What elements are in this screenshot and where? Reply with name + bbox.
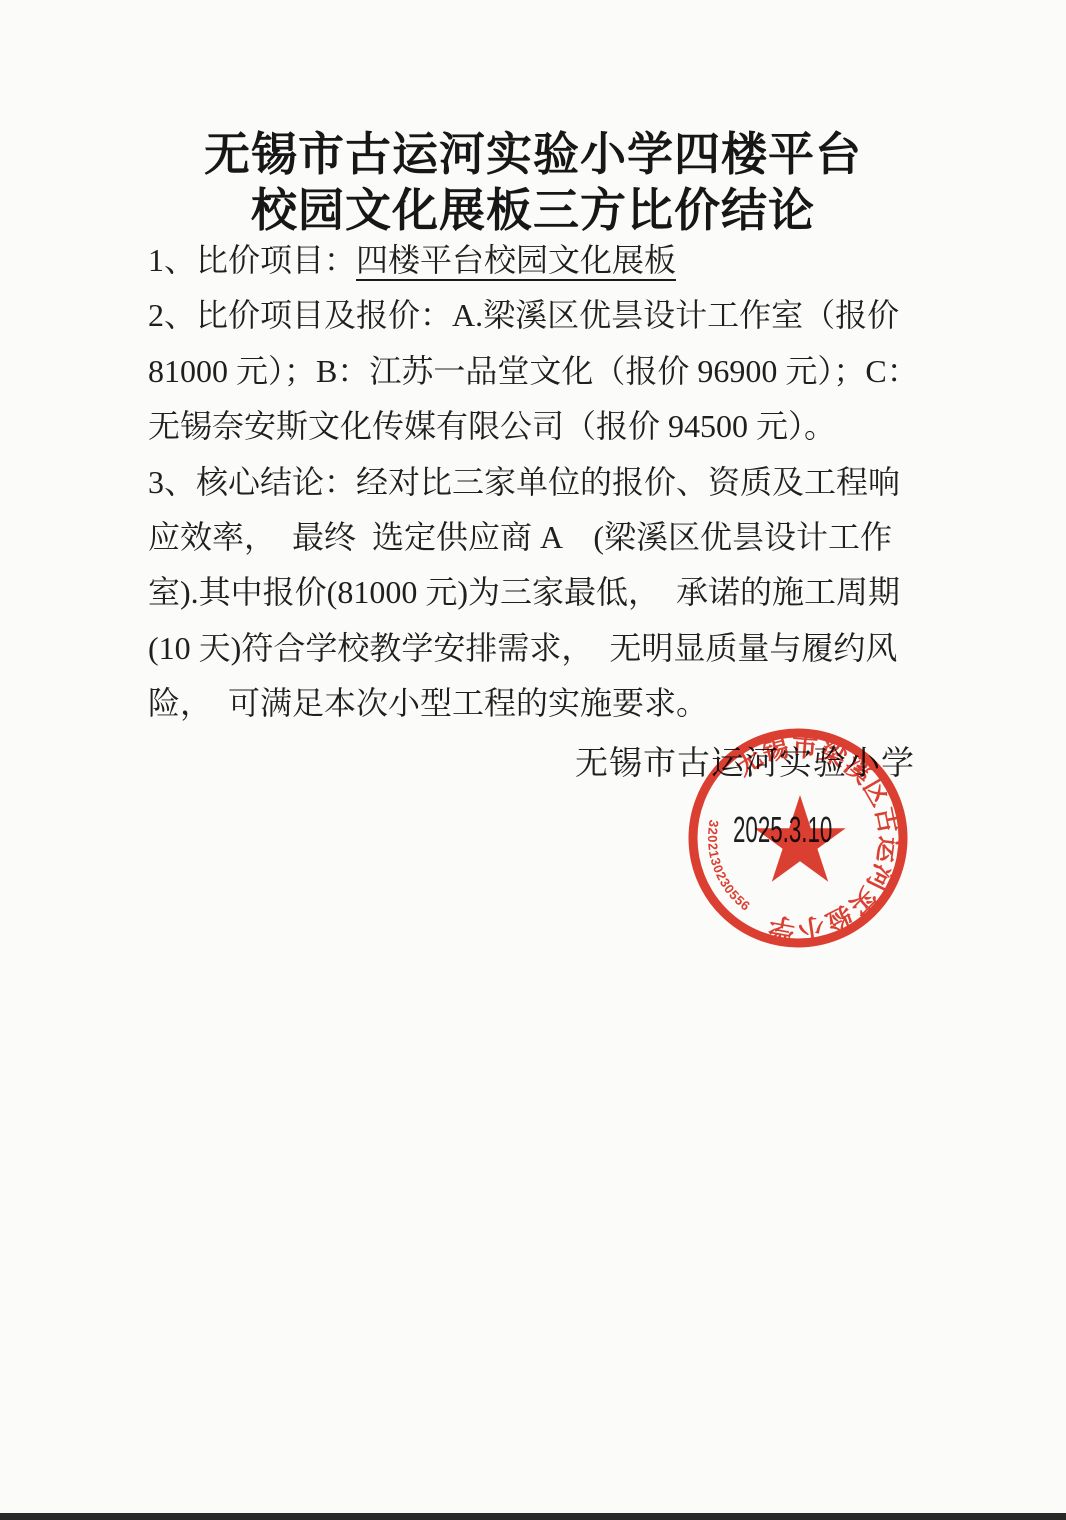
item-3-line-5: 险， 可满足本次小型工程的实施要求。 bbox=[148, 676, 958, 731]
document-title-line-2: 校园文化展板三方比价结论 bbox=[0, 182, 1066, 238]
item-2-line-1: 2、比价项目及报价：A.梁溪区优昙设计工作室（报价 bbox=[148, 288, 958, 343]
item-3-line-1: 3、核心结论：经对比三家单位的报价、资质及工程响 bbox=[148, 455, 958, 510]
document-title: 无锡市古运河实验小学四楼平台 校园文化展板三方比价结论 bbox=[0, 126, 1066, 238]
item-3-line-4: (10 天)符合学校教学安排需求， 无明显质量与履约风 bbox=[148, 621, 958, 676]
item-2-line-2: 81000 元）；B：江苏一品堂文化（报价 96900 元）；C： bbox=[148, 344, 958, 399]
item-1-label: 1、比价项目： bbox=[148, 242, 356, 278]
red-star-icon bbox=[754, 795, 845, 882]
scan-bottom-edge bbox=[0, 1513, 1066, 1520]
document-title-line-1: 无锡市古运河实验小学四楼平台 bbox=[0, 126, 1066, 182]
item-1-project-name: 四楼平台校园文化展板 bbox=[356, 242, 676, 281]
item-3-line-2: 应效率， 最终 选定供应商 A (梁溪区优昙设计工作 bbox=[148, 510, 958, 565]
official-stamp: 无锡市梁溪区古运河实验小学 3202130230556 bbox=[686, 726, 910, 950]
document-body: 1、比价项目：四楼平台校园文化展板 2、比价项目及报价：A.梁溪区优昙设计工作室… bbox=[148, 233, 958, 732]
item-1-line: 1、比价项目：四楼平台校园文化展板 bbox=[148, 233, 958, 288]
scanned-document-page: 无锡市古运河实验小学四楼平台 校园文化展板三方比价结论 1、比价项目：四楼平台校… bbox=[0, 0, 1066, 1520]
item-2-line-3: 无锡奈安斯文化传媒有限公司（报价 94500 元）。 bbox=[148, 399, 958, 454]
item-3-line-3: 室).其中报价(81000 元)为三家最低， 承诺的施工周期 bbox=[148, 565, 958, 620]
